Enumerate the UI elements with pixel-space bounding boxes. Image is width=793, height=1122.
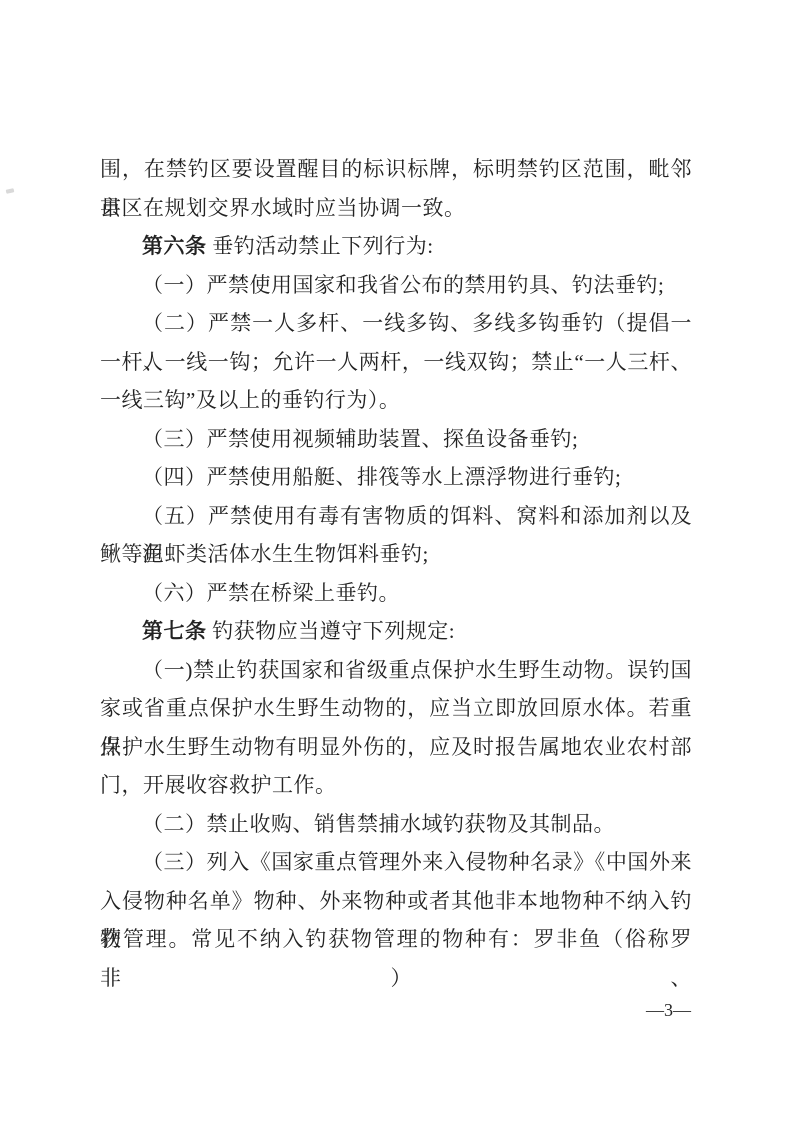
article-number-label: 第六条 [142,234,207,258]
text-line: （三）严禁使用视频辅助装置、探鱼设备垂钓; [100,420,692,459]
text-line: 物管理。常见不纳入钓获物管理的物种有：罗非鱼（俗称罗非）、 [100,920,692,959]
text-line-article-7-heading: 第七条 钓获物应当遵守下列规定: [100,612,692,651]
text-line: （一)禁止钓获国家和省级重点保护水生野生动物。误钓国 [100,651,692,690]
article-number-label: 第七条 [142,619,207,643]
text-line: 鳅等鱼虾类活体水生生物饵料垂钓; [100,535,692,574]
document-body: 围，在禁钓区要设置醒目的标识标牌，标明禁钓区范围，毗邻县 市区在规划交界水域时应… [100,150,692,959]
text-line: （四）严禁使用船艇、排筏等水上漂浮物进行垂钓; [100,458,692,497]
text-line: （五）严禁使用有毒有害物质的饵料、窝料和添加剂以及泥 [100,497,692,536]
line-text: （二）禁止收购、销售禁捕水域钓获物及其制品。 [142,812,615,836]
text-line: （二）禁止收购、销售禁捕水域钓获物及其制品。 [100,805,692,844]
line-text: （三）严禁使用视频辅助装置、探鱼设备垂钓; [142,427,578,451]
page-number: —3— [646,1000,691,1020]
text-line: 市区在规划交界水域时应当协调一致。 [100,189,692,228]
text-line: 围，在禁钓区要设置醒目的标识标牌，标明禁钓区范围，毗邻县 [100,150,692,189]
text-line: 一线三钩”及以上的垂钓行为）。 [100,381,692,420]
line-text: （三）列入《国家重点管理外来入侵物种名录》《中国外来 [142,850,692,874]
text-line: 家或省重点保护水生野生动物的，应当立即放回原水体。若重点 [100,689,692,728]
text-line: 保护水生野生动物有明显外伤的，应及时报告属地农业农村部 [100,728,692,767]
line-text: 市区在规划交界水域时应当协调一致。 [100,196,466,220]
line-text: 垂钓活动禁止下列行为: [207,234,434,258]
text-line: （二）严禁一人多杆、一线多钩、多线多钩垂钓（提倡一人 [100,304,692,343]
text-line: 一杆、一线一钩；允许一人两杆，一线双钩；禁止“一人三杆、 [100,343,692,382]
line-text: 一杆、一线一钩；允许一人两杆，一线双钩；禁止“一人三杆、 [100,350,692,374]
text-line: 门，开展收容救护工作。 [100,766,692,805]
line-text: （一)禁止钓获国家和省级重点保护水生野生动物。误钓国 [142,658,692,682]
text-line: （三）列入《国家重点管理外来入侵物种名录》《中国外来 [100,843,692,882]
line-text: 鳅等鱼虾类活体水生生物饵料垂钓; [100,542,429,566]
line-text: 门，开展收容救护工作。 [100,773,337,797]
line-text: （六）严禁在桥梁上垂钓。 [142,581,400,605]
line-text: 钓获物应当遵守下列规定: [207,619,456,643]
text-line-article-6-heading: 第六条 垂钓活动禁止下列行为: [100,227,692,266]
text-line: 入侵物种名单》物种、外来物种或者其他非本地物种不纳入钓获 [100,882,692,921]
scan-artifact-mark [6,188,15,194]
line-text: 保护水生野生动物有明显外伤的，应及时报告属地农业农村部 [100,735,692,759]
text-line: （六）严禁在桥梁上垂钓。 [100,574,692,613]
line-text: （一）严禁使用国家和我省公布的禁用钓具、钓法垂钓; [142,273,664,297]
line-text: （四）严禁使用船艇、排筏等水上漂浮物进行垂钓; [142,465,621,489]
document-page: 围，在禁钓区要设置醒目的标识标牌，标明禁钓区范围，毗邻县 市区在规划交界水域时应… [0,0,793,1122]
text-line: （一）严禁使用国家和我省公布的禁用钓具、钓法垂钓; [100,266,692,305]
line-text: 物管理。常见不纳入钓获物管理的物种有：罗非鱼（俗称罗非）、 [100,927,692,990]
line-text: 一线三钩”及以上的垂钓行为）。 [100,388,400,412]
